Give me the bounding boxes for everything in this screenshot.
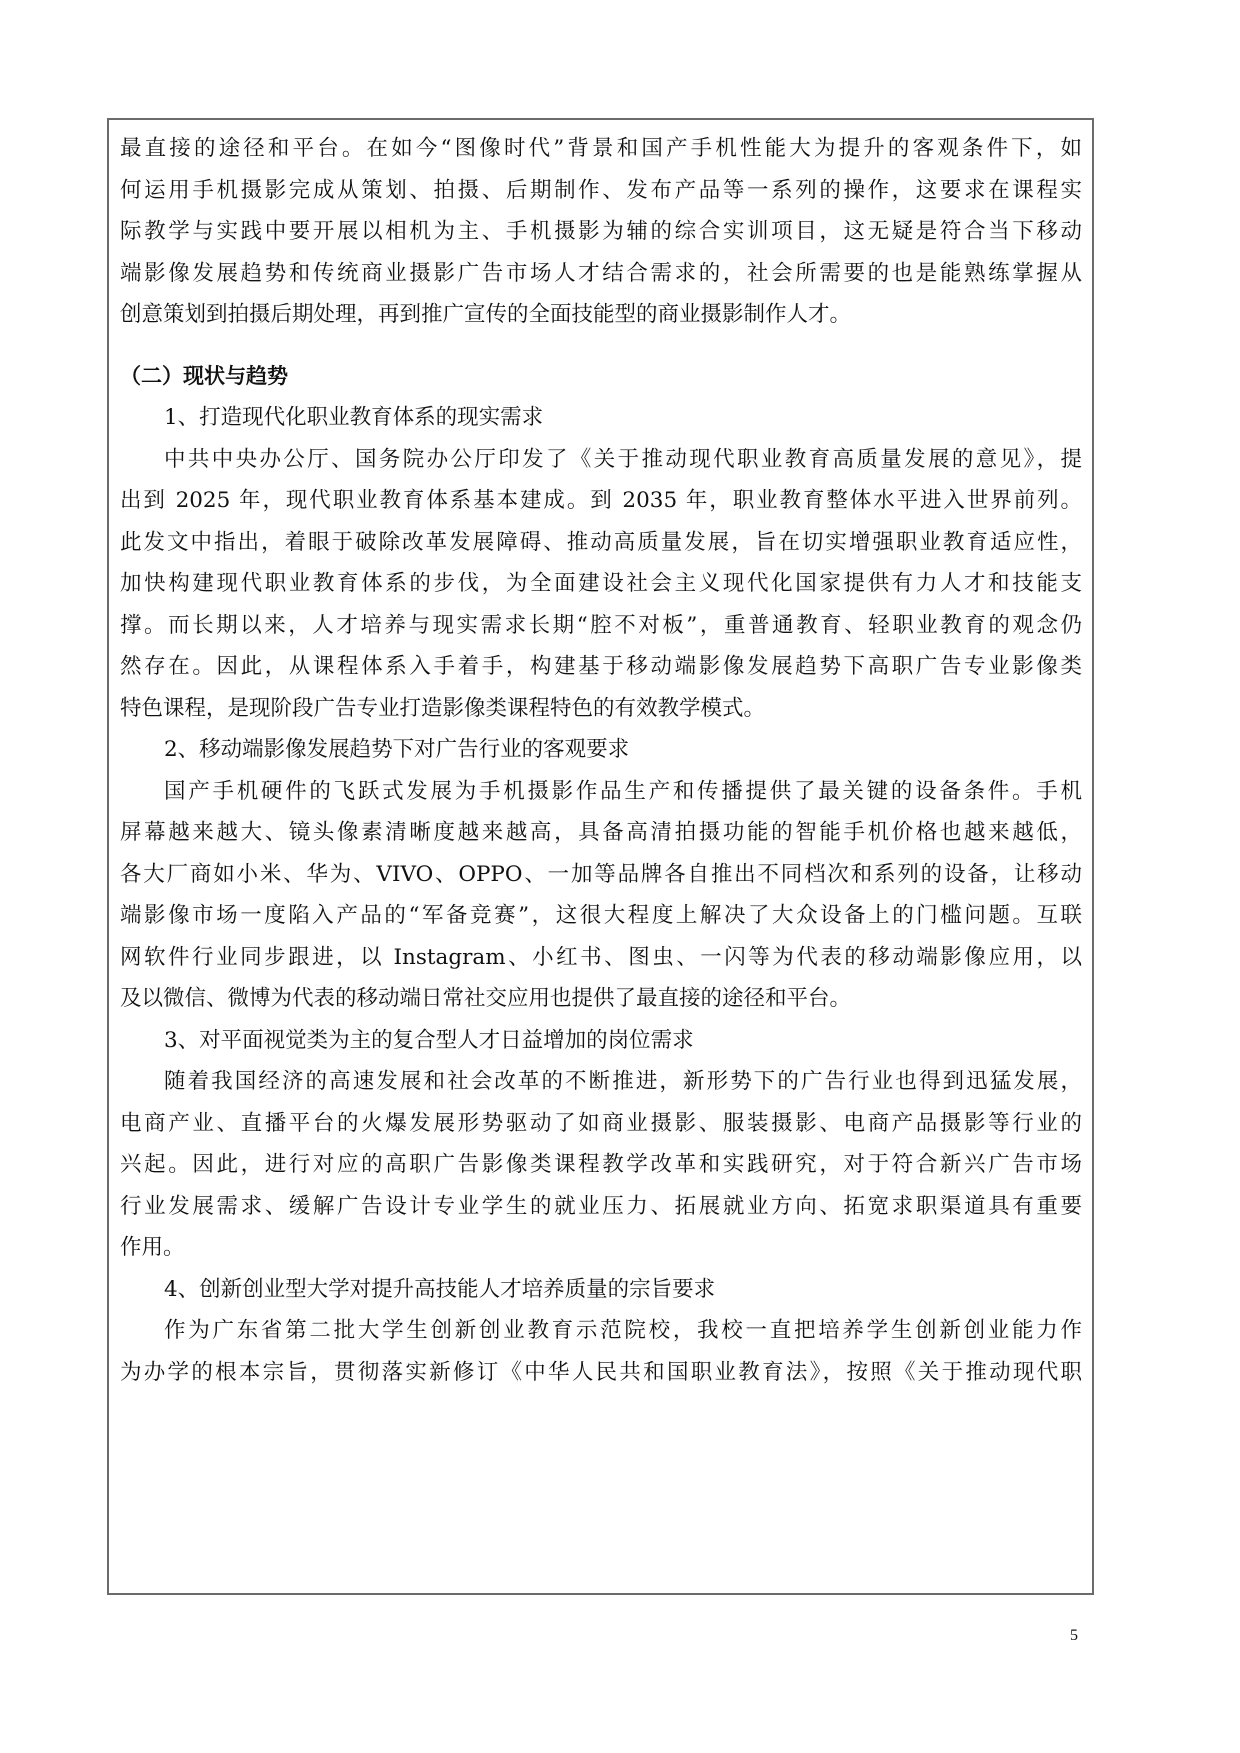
text-line: 创意策划到拍摄后期处理，再到推广宣传的全面技能型的商业摄影制作人才。 xyxy=(120,294,1082,336)
text-line: 作用。 xyxy=(120,1227,1082,1269)
text-line: 端影像发展趋势和传统商业摄影广告市场人才结合需求的，社会所需要的也是能熟练掌握从 xyxy=(120,253,1082,295)
subsection-title: 1、打造现代化职业教育体系的现实需求 xyxy=(120,397,1082,439)
text-line: 端影像市场一度陷入产品的“军备竞赛”，这很大程度上解决了大众设备上的门槛问题。互… xyxy=(120,895,1082,937)
subsection-title: 4、创新创业型大学对提升高技能人才培养质量的宗旨要求 xyxy=(120,1269,1082,1311)
text-line: 撑。而长期以来，人才培养与现实需求长期“腔不对板”，重普通教育、轻职业教育的观念… xyxy=(120,605,1082,647)
text-line: 中共中央办公厅、国务院办公厅印发了《关于推动现代职业教育高质量发展的意见》，提 xyxy=(120,439,1082,481)
text-line: 特色课程，是现阶段广告专业打造影像类课程特色的有效教学模式。 xyxy=(120,688,1082,730)
text-line: 此发文中指出，着眼于破除改革发展障碍、推动高质量发展，旨在切实增强职业教育适应性… xyxy=(120,522,1082,564)
text-line: 各大厂商如小米、华为、VIVO、OPPO、一加等品牌各自推出不同档次和系列的设备… xyxy=(120,854,1082,896)
text-line: 何运用手机摄影完成从策划、拍摄、后期制作、发布产品等一系列的操作，这要求在课程实 xyxy=(120,170,1082,212)
subsection-title: 3、对平面视觉类为主的复合型人才日益增加的岗位需求 xyxy=(120,1020,1082,1062)
page-number: 5 xyxy=(1070,1627,1078,1645)
text-line: 兴起。因此，进行对应的高职广告影像类课程教学改革和实践研究，对于符合新兴广告市场 xyxy=(120,1144,1082,1186)
text-line: 为办学的根本宗旨，贯彻落实新修订《中华人民共和国职业教育法》，按照《关于推动现代… xyxy=(120,1352,1082,1394)
text-line: 最直接的途径和平台。在如今“图像时代”背景和国产手机性能大为提升的客观条件下，如 xyxy=(120,128,1082,170)
text-line: 然存在。因此，从课程体系入手着手，构建基于移动端影像发展趋势下高职广告专业影像类 xyxy=(120,646,1082,688)
section-heading: （二）现状与趋势 xyxy=(120,356,1082,398)
text-line: 网软件行业同步跟进，以 Instagram、小红书、图虫、一闪等为代表的移动端影… xyxy=(120,937,1082,979)
text-line: 屏幕越来越大、镜头像素清晰度越来越高，具备高清拍摄功能的智能手机价格也越来越低， xyxy=(120,812,1082,854)
text-line: 出到 2025 年，现代职业教育体系基本建成。到 2035 年，职业教育整体水平… xyxy=(120,480,1082,522)
intro-paragraph: 最直接的途径和平台。在如今“图像时代”背景和国产手机性能大为提升的客观条件下，如… xyxy=(120,128,1082,336)
text-line: 加快构建现代职业教育体系的步伐，为全面建设社会主义现代化国家提供有力人才和技能支 xyxy=(120,563,1082,605)
text-line: 行业发展需求、缓解广告设计专业学生的就业压力、拓展就业方向、拓宽求职渠道具有重要 xyxy=(120,1186,1082,1228)
text-line: 电商产业、直播平台的火爆发展形势驱动了如商业摄影、服装摄影、电商产品摄影等行业的 xyxy=(120,1103,1082,1145)
text-line: 及以微信、微博为代表的移动端日常社交应用也提供了最直接的途径和平台。 xyxy=(120,978,1082,1020)
text-line: 国产手机硬件的飞跃式发展为手机摄影作品生产和传播提供了最关键的设备条件。手机 xyxy=(120,771,1082,813)
text-line: 际教学与实践中要开展以相机为主、手机摄影为辅的综合实训项目，这无疑是符合当下移动 xyxy=(120,211,1082,253)
text-line: 作为广东省第二批大学生创新创业教育示范院校，我校一直把培养学生创新创业能力作 xyxy=(120,1310,1082,1352)
document-body: 最直接的途径和平台。在如今“图像时代”背景和国产手机性能大为提升的客观条件下，如… xyxy=(120,128,1082,1393)
subsection-title: 2、移动端影像发展趋势下对广告行业的客观要求 xyxy=(120,729,1082,771)
text-line: 随着我国经济的高速发展和社会改革的不断推进，新形势下的广告行业也得到迅猛发展， xyxy=(120,1061,1082,1103)
